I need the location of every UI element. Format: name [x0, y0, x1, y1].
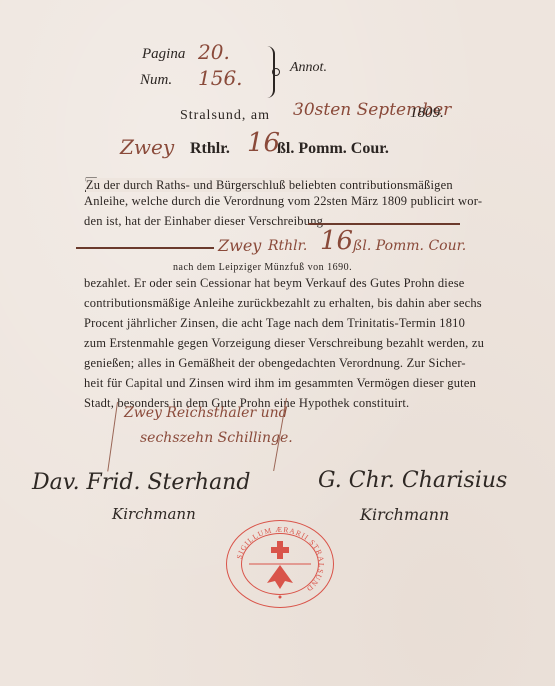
body-line-10: heit für Capital und Zinsen wird ihm im …	[84, 376, 476, 391]
body-line-9: genießen; alles in Gemäßheit der obenged…	[84, 356, 466, 371]
body-line-5: bezahlet. Er oder sein Cessionar hat bey…	[84, 276, 465, 291]
signature-left-name: Dav. Frid. Sterhand	[32, 470, 250, 495]
amount-sl-label: ßl. Pomm. Cour.	[277, 140, 389, 158]
amount-handwritten-rthlr: Zwey	[120, 135, 174, 159]
handwritten-amount-line-2: sechszehn Schillinge.	[140, 430, 293, 446]
seal-emblem-icon: SIGILLUM ÆRARII STRALSUND	[227, 521, 333, 607]
seal-stamp: SIGILLUM ÆRARII STRALSUND	[226, 520, 334, 608]
body-line-8: zum Erstenmahle gegen Vorzeigung dieser …	[84, 336, 484, 351]
handwritten-amount-line-1: Zwey Reichsthaler und	[124, 405, 288, 421]
fill-line-left	[76, 247, 214, 249]
body-line-2: Anleihe, welche durch die Verordnung vom…	[84, 194, 482, 209]
signature-right-name: G. Chr. Charisius	[318, 468, 507, 493]
num-value: 156.	[198, 66, 243, 90]
dateline-place: Stralsund, am	[180, 108, 270, 124]
pagina-label: Pagina	[142, 46, 185, 63]
body-line-3: den ist, hat der Einhaber dieser Verschr…	[84, 214, 323, 229]
dateline-year: 1809.	[410, 105, 444, 122]
amount-rthlr-label: Rthlr.	[190, 140, 230, 158]
fill-rthlr-label: Rthlr.	[268, 238, 307, 254]
num-label: Num.	[140, 72, 172, 89]
signature-left-title: Kirchmann	[112, 505, 196, 523]
fill-rthlr: Zwey	[218, 236, 261, 255]
body-line-1-text: Zu der durch Raths- und Bürgerschluß bel…	[86, 178, 453, 192]
annot-label: Annot.	[290, 60, 327, 76]
fill-sl: 16	[320, 226, 353, 256]
fill-sl-label: ßl. Pomm. Cour.	[353, 238, 466, 254]
body-line-7: Procent jährlicher Zinsen, die acht Tage…	[84, 316, 465, 331]
brace-icon	[263, 46, 275, 98]
signature-right-title: Kirchmann	[360, 505, 449, 524]
munzfuss-line: nach dem Leipziger Münzfuß von 1690.	[173, 262, 352, 273]
amount-handwritten-sl: 16	[247, 128, 280, 158]
pagina-value: 20.	[198, 40, 230, 64]
body-line-6: contributionsmäßige Anleihe zurückbezahl…	[84, 296, 482, 311]
fill-line-top	[308, 223, 460, 225]
